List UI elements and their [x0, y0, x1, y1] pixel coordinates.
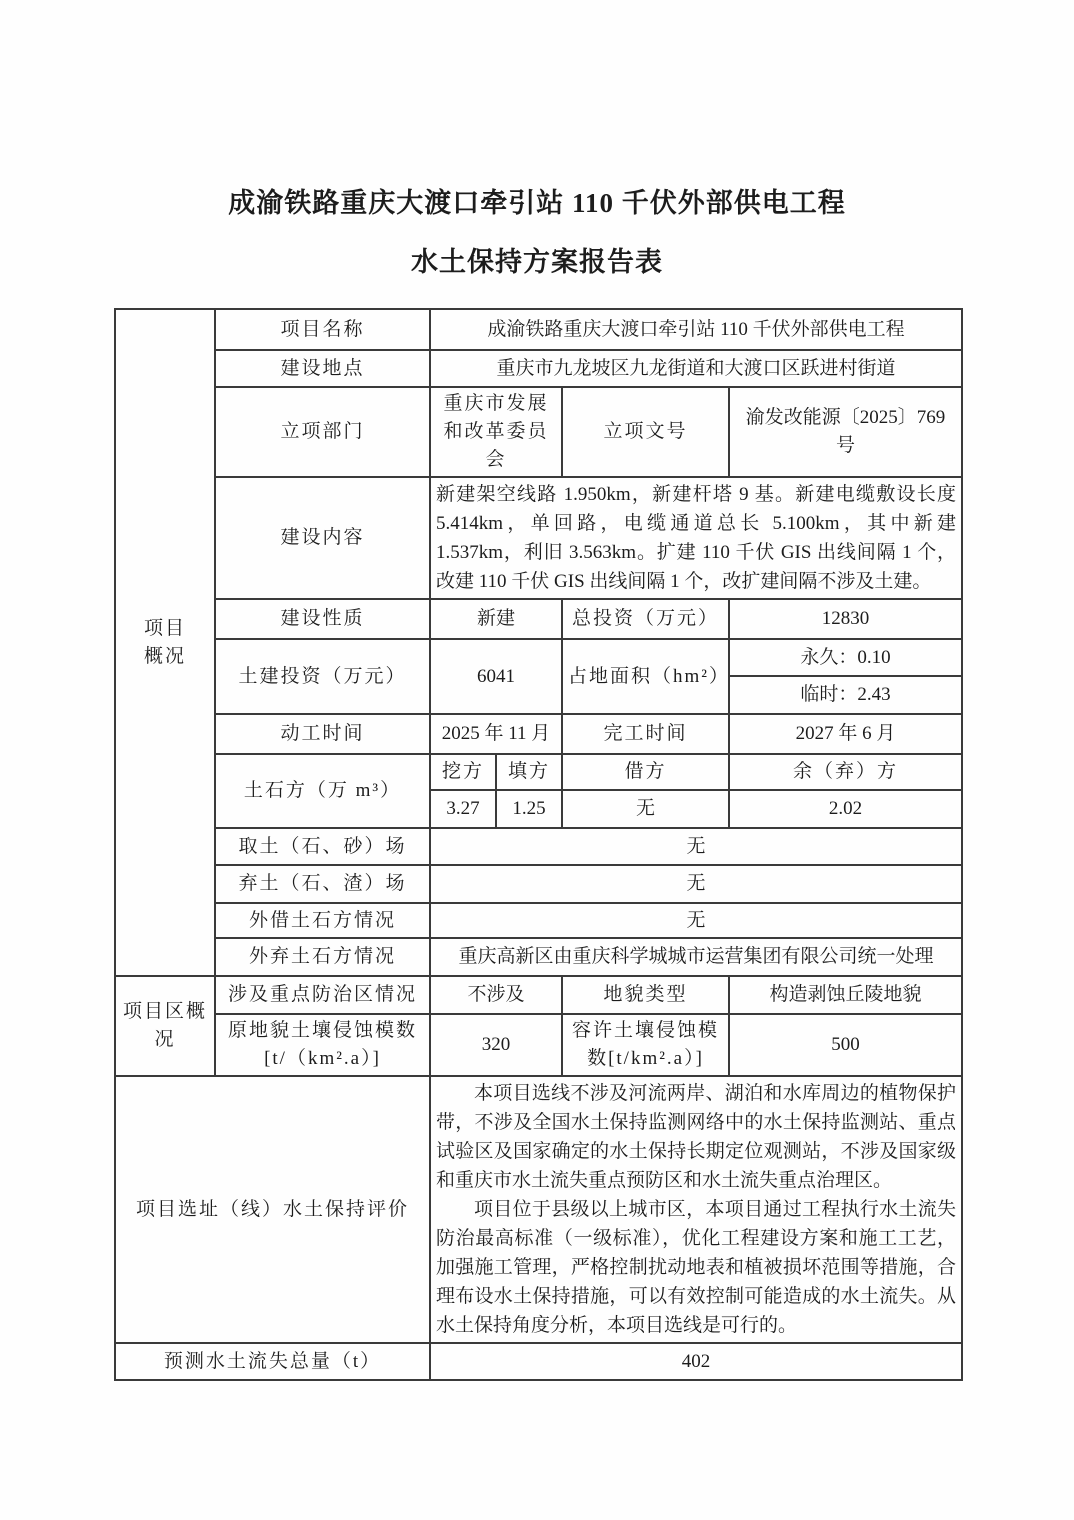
construction-content-value: 新建架空线路 1.950km，新建杆塔 9 基。新建电缆敷设长度 5.414km…	[430, 477, 962, 599]
start-date-value: 2025 年 11 月	[430, 714, 562, 754]
row-nature: 建设性质 新建 总投资（万元） 12830	[115, 599, 962, 639]
row-spoil-site: 弃土（石、渣）场 无	[115, 865, 962, 903]
document-page: 成渝铁路重庆大渡口牵引站 110 千伏外部供电工程 水土保持方案报告表 项目 概…	[0, 0, 1074, 1520]
section-label-project-area: 项目区概 况	[115, 976, 215, 1076]
location-value: 重庆市九龙坡区九龙街道和大渡口区跃进村街道	[430, 350, 962, 387]
allowable-erosion-label: 容许土壤侵蚀模 数[t/km².a）]	[562, 1014, 729, 1076]
nature-label: 建设性质	[215, 599, 430, 639]
civil-investment-value: 6041	[430, 639, 562, 714]
borrow-site-label: 取土（石、砂）场	[215, 828, 430, 865]
end-date-value: 2027 年 6 月	[729, 714, 962, 754]
construction-content-text: 新建架空线路 1.950km，新建杆塔 9 基。新建电缆敷设长度 5.414km…	[436, 480, 956, 596]
row-site-evaluation: 项目选址（线）水土保持评价 本项目选线不涉及河流两岸、湖泊和水库周边的植物保护带…	[115, 1076, 962, 1343]
erosion-modulus-label: 原地貌土壤侵蚀模数 [t/（km².a）]	[215, 1014, 430, 1076]
section-label-project-overview: 项目 概况	[115, 309, 215, 976]
row-construction-content: 建设内容 新建架空线路 1.950km，新建杆塔 9 基。新建电缆敷设长度 5.…	[115, 477, 962, 599]
row-approval: 立项部门 重庆市发展和改革委员会 立项文号 渝发改能源〔2025〕769 号	[115, 387, 962, 477]
external-spoil-label: 外弃土石方情况	[215, 938, 430, 976]
soil-loss-forecast-label: 预测水土流失总量（t）	[115, 1343, 430, 1380]
landform-value: 构造剥蚀丘陵地貌	[729, 976, 962, 1014]
row-schedule: 动工时间 2025 年 11 月 完工时间 2027 年 6 月	[115, 714, 962, 754]
site-evaluation-label: 项目选址（线）水土保持评价	[115, 1076, 430, 1343]
spoil-site-value: 无	[430, 865, 962, 903]
land-area-label: 占地面积（hm²）	[562, 639, 729, 714]
location-label: 建设地点	[215, 350, 430, 387]
earthwork-header-surplus: 余（弃）方	[729, 754, 962, 790]
row-earthwork-headers: 土石方（万 m³） 挖方 填方 借方 余（弃）方	[115, 754, 962, 790]
soil-loss-forecast-value: 402	[430, 1343, 962, 1380]
project-name-label: 项目名称	[215, 309, 430, 350]
project-name-value: 成渝铁路重庆大渡口牵引站 110 千伏外部供电工程	[430, 309, 962, 350]
land-area-temporary: 临时：2.43	[729, 676, 962, 714]
earthwork-value-surplus: 2.02	[729, 790, 962, 828]
allowable-erosion-value: 500	[729, 1014, 962, 1076]
earthwork-value-borrow: 无	[562, 790, 729, 828]
row-borrow-site: 取土（石、砂）场 无	[115, 828, 962, 865]
total-investment-label: 总投资（万元）	[562, 599, 729, 639]
start-date-label: 动工时间	[215, 714, 430, 754]
key-zone-label: 涉及重点防治区情况	[215, 976, 430, 1014]
earthwork-label: 土石方（万 m³）	[215, 754, 430, 828]
row-key-zone: 项目区概 况 涉及重点防治区情况 不涉及 地貌类型 构造剥蚀丘陵地貌	[115, 976, 962, 1014]
external-spoil-value: 重庆高新区由重庆科学城城市运营集团有限公司统一处理	[430, 938, 962, 976]
report-table: 项目 概况 项目名称 成渝铁路重庆大渡口牵引站 110 千伏外部供电工程 建设地…	[114, 308, 963, 1381]
earthwork-header-fill: 填方	[496, 754, 562, 790]
row-project-name: 项目 概况 项目名称 成渝铁路重庆大渡口牵引站 110 千伏外部供电工程	[115, 309, 962, 350]
row-external-spoil: 外弃土石方情况 重庆高新区由重庆科学城城市运营集团有限公司统一处理	[115, 938, 962, 976]
row-external-borrow: 外借土石方情况 无	[115, 903, 962, 938]
earthwork-header-excavation: 挖方	[430, 754, 496, 790]
borrow-site-value: 无	[430, 828, 962, 865]
external-borrow-value: 无	[430, 903, 962, 938]
approval-dept-value: 重庆市发展和改革委员会	[430, 387, 562, 477]
site-evaluation-paragraph-2: 项目位于县级以上城市区，本项目通过工程执行水土流失防治最高标准（一级标准），优化…	[436, 1195, 956, 1340]
civil-investment-label: 土建投资（万元）	[215, 639, 430, 714]
row-location: 建设地点 重庆市九龙坡区九龙街道和大渡口区跃进村街道	[115, 350, 962, 387]
approval-doc-number: 渝发改能源〔2025〕769 号	[729, 387, 962, 477]
land-area-permanent: 永久：0.10	[729, 639, 962, 676]
key-zone-value: 不涉及	[430, 976, 562, 1014]
earthwork-value-fill: 1.25	[496, 790, 562, 828]
document-title-line2: 水土保持方案报告表	[0, 220, 1074, 279]
approval-dept-label: 立项部门	[215, 387, 430, 477]
row-erosion-modulus: 原地貌土壤侵蚀模数 [t/（km².a）] 320 容许土壤侵蚀模 数[t/km…	[115, 1014, 962, 1076]
approval-doc-label: 立项文号	[562, 387, 729, 477]
row-soil-loss-forecast: 预测水土流失总量（t） 402	[115, 1343, 962, 1380]
site-evaluation-value: 本项目选线不涉及河流两岸、湖泊和水库周边的植物保护带，不涉及全国水土保持监测网络…	[430, 1076, 962, 1343]
total-investment-value: 12830	[729, 599, 962, 639]
construction-content-label: 建设内容	[215, 477, 430, 599]
row-civil-investment: 土建投资（万元） 6041 占地面积（hm²） 永久：0.10	[115, 639, 962, 676]
site-evaluation-paragraph-1: 本项目选线不涉及河流两岸、湖泊和水库周边的植物保护带，不涉及全国水土保持监测网络…	[436, 1079, 956, 1195]
external-borrow-label: 外借土石方情况	[215, 903, 430, 938]
document-title-line1: 成渝铁路重庆大渡口牵引站 110 千伏外部供电工程	[0, 0, 1074, 220]
earthwork-value-excavation: 3.27	[430, 790, 496, 828]
end-date-label: 完工时间	[562, 714, 729, 754]
erosion-modulus-value: 320	[430, 1014, 562, 1076]
landform-label: 地貌类型	[562, 976, 729, 1014]
nature-value: 新建	[430, 599, 562, 639]
spoil-site-label: 弃土（石、渣）场	[215, 865, 430, 903]
earthwork-header-borrow: 借方	[562, 754, 729, 790]
